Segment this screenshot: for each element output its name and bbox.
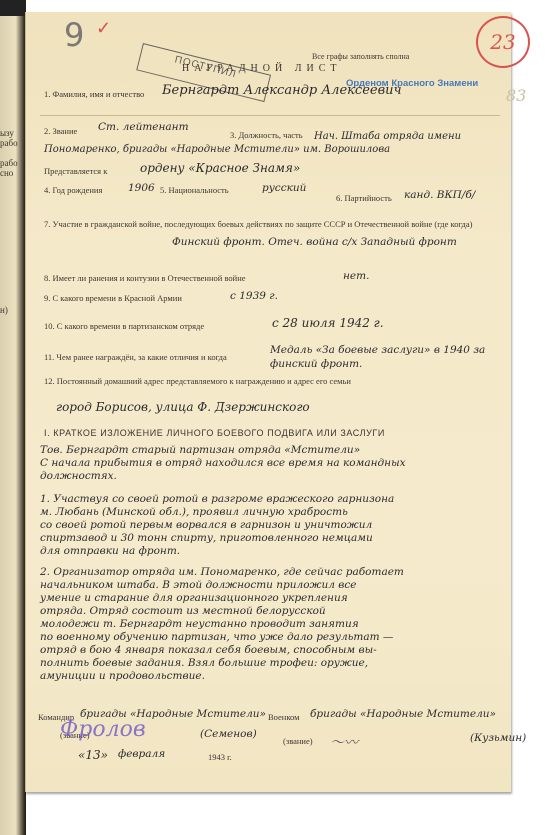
field-value-address: город Борисов, улица Ф. Дзержинского	[56, 400, 310, 414]
rank-label-commissar: (звание)	[283, 736, 313, 746]
field-value-name: Бернгардт Александр Алексеевич	[162, 83, 402, 98]
red-checkmark-icon: ✓	[96, 18, 111, 39]
adjacent-text-fragment: рабо	[0, 158, 18, 168]
commissar-name: (Кузьмин)	[470, 732, 526, 744]
field-value-war-participation: Финский фронт. Отеч. война с/х Западный …	[172, 236, 457, 248]
field-value-birth-year: 1906	[128, 182, 155, 194]
feat-section-title: I. КРАТКОЕ ИЗЛОЖЕНИЕ ЛИЧНОГО БОЕВОГО ПОД…	[44, 428, 385, 438]
feat-line: С начала прибытия в отряд находился все …	[40, 457, 510, 470]
field-label-nationality: 5. Национальность	[160, 185, 229, 195]
field-label-nominated-for: Представляется к	[44, 166, 107, 176]
instruction-text: Все графы заполнять сполна	[312, 52, 409, 61]
date-month: февраля	[118, 748, 165, 760]
commander-name: (Семенов)	[200, 728, 257, 740]
pencil-page-number: 9	[64, 16, 84, 54]
feat-line: по военному обучению партизан, что уже д…	[40, 631, 510, 644]
adjacent-text-fragment: сно	[0, 168, 13, 178]
field-label-name: 1. Фамилия, имя и отчество	[44, 89, 144, 99]
field-label-birth-year: 4. Год рождения	[44, 185, 102, 195]
field-value-party: канд. ВКП/б/	[404, 189, 475, 201]
feat-line: 1. Участвуя со своей ротой в разгроме вр…	[40, 493, 510, 506]
field-label-partisan-since: 10. С какого времени в партизанском отря…	[44, 321, 204, 331]
date-year: 1943 г.	[208, 752, 232, 762]
faint-pencil-number: 83	[506, 86, 526, 105]
field-label-war-participation: 7. Участие в гражданской войне, последую…	[44, 210, 499, 238]
commander-signature: Фролов	[60, 717, 210, 749]
feat-line: 2. Организатор отряда им. Пономаренко, г…	[40, 566, 510, 579]
feat-line: отряд в бою 4 января показал себя боевым…	[40, 644, 510, 657]
feat-description: Тов. Бернгардт старый партизан отряда «М…	[40, 444, 510, 683]
feat-line: умение и старание для организационного у…	[40, 592, 510, 605]
scan-shadow	[0, 0, 26, 16]
commissar-signature: 〜〰	[330, 732, 358, 752]
field-value-partisan-since: с 28 июля 1942 г.	[272, 316, 384, 330]
document-title: НАГРАДНОЙ ЛИСТ	[182, 63, 342, 74]
feat-line: отряда. Отряд состоит из местной белорус…	[40, 605, 510, 618]
feat-line: Тов. Бернгардт старый партизан отряда «М…	[40, 444, 510, 457]
feat-line: м. Любань (Минской обл.), проявил личную…	[40, 506, 510, 519]
adjacent-text-fragment: рабо	[0, 138, 18, 148]
feat-line: полнить боевые задания. Взял большие тро…	[40, 657, 510, 670]
field-label-address: 12. Постоянный домашний адрес представля…	[44, 376, 499, 387]
feat-line: молодежи т. Бернгардт неустанно проводит…	[40, 618, 510, 631]
adjacent-page-edge: ызу рабо рабо сно н)	[0, 0, 26, 835]
feat-line: должностях.	[40, 470, 510, 483]
field-label-wounds: 8. Имеет ли ранения и контузии в Отечест…	[44, 273, 246, 283]
field-value-red-army-since: с 1939 г.	[230, 290, 278, 302]
field-value-position: Нач. Штаба отряда имени Пономаренко, бри…	[44, 130, 499, 156]
feat-line: амуниции и продовольствие.	[40, 670, 510, 683]
red-circled-number: 23	[476, 16, 530, 68]
field-label-red-army-since: 9. С какого времени в Красной Армии	[44, 293, 182, 303]
adjacent-text-fragment: ызу	[0, 128, 14, 138]
feat-line: начальником штаба. В этой должности прил…	[40, 579, 510, 592]
feat-line: спиртзавод и 30 тонн спирту, приготовлен…	[40, 532, 510, 545]
feat-line: со своей ротой первым ворвался в гарнизо…	[40, 519, 510, 532]
commissar-unit: бригады «Народные Мстители»	[310, 708, 496, 720]
field-value-prior-awards: Медаль «За боевые заслуги» в 1940 за фин…	[270, 343, 505, 371]
field-label-party: 6. Партийность	[336, 193, 392, 203]
divider	[40, 115, 500, 116]
adjacent-text-fragment: н)	[0, 305, 8, 315]
field-value-wounds: нет.	[343, 270, 369, 282]
date-day: «13»	[78, 748, 108, 762]
field-label-prior-awards: 11. Чем ранее награждён, за какие отличи…	[44, 352, 227, 362]
feat-line: для отправки на фронт.	[40, 545, 510, 558]
commissar-label: Военком	[268, 712, 300, 722]
field-value-nationality: русский	[262, 182, 306, 194]
field-value-nominated-for: ордену «Красное Знамя»	[140, 161, 300, 175]
